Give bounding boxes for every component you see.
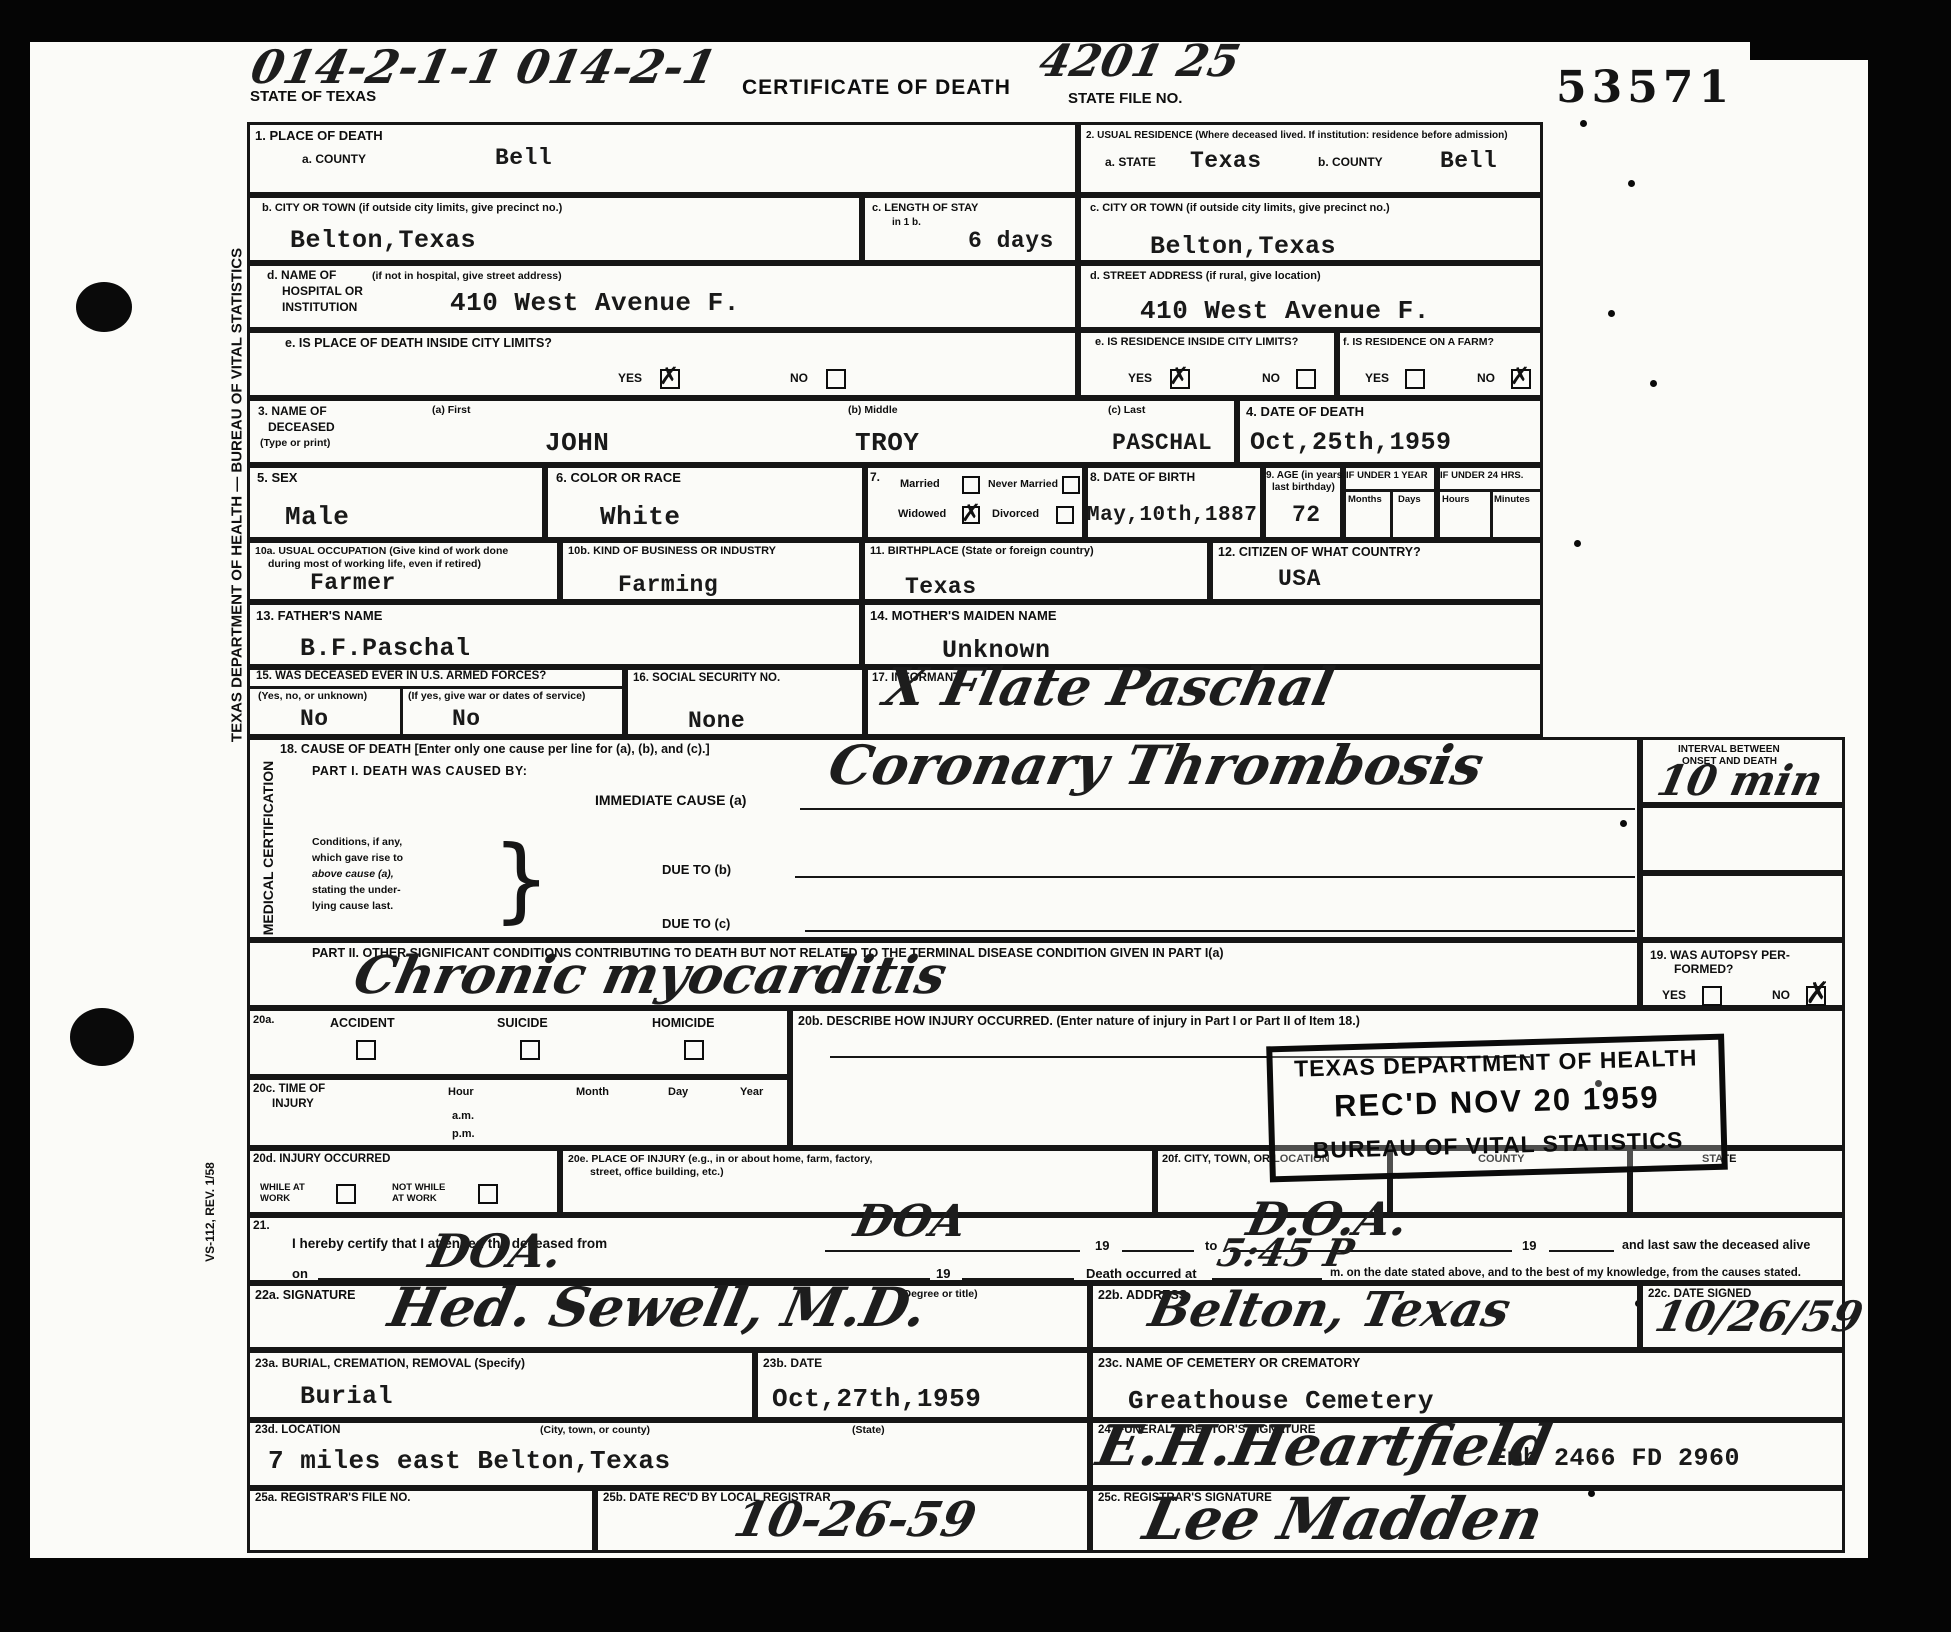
- scan-noise: [1580, 120, 1587, 127]
- widowed-checkbox: ✗: [962, 506, 980, 524]
- box-20c-time-of-injury: [247, 1077, 790, 1148]
- time-of-injury-label-1: 20c. TIME OF: [253, 1083, 325, 1095]
- injury-occurred-label: 20d. INJURY OCCURRED: [253, 1153, 390, 1165]
- year-19-label: 19: [1095, 1238, 1109, 1253]
- under-1-year-label: IF UNDER 1 YEAR: [1346, 470, 1428, 481]
- occupation-label-2: during most of working life, even if ret…: [268, 558, 481, 570]
- death-city-limits-no-checkbox: [826, 369, 846, 389]
- on-word: on: [292, 1266, 308, 1281]
- citizen-label: 12. CITIZEN OF WHAT COUNTRY?: [1218, 545, 1421, 559]
- months-label: Months: [1348, 494, 1382, 505]
- physician-signature: Hed. Sewell, M.D.: [384, 1280, 931, 1334]
- time-of-injury-label-2: INJURY: [272, 1098, 314, 1110]
- death-occurred-at-text: Death occurred at: [1086, 1266, 1197, 1281]
- describe-injury-label: 20b. DESCRIBE HOW INJURY OCCURRED. (Ente…: [798, 1014, 1360, 1028]
- burial-date-label: 23b. DATE: [763, 1356, 822, 1370]
- residence-city-label: c. CITY OR TOWN (if outside city limits,…: [1090, 202, 1390, 214]
- widowed-label: Widowed: [898, 508, 946, 520]
- not-while-at-work-label-2: AT WORK: [392, 1193, 437, 1204]
- box-interval-b: [1640, 805, 1845, 873]
- age-value: 72: [1292, 502, 1321, 528]
- burial-label: 23a. BURIAL, CREMATION, REMOVAL (Specify…: [255, 1356, 525, 1370]
- conditions-note-1: Conditions, if any,: [312, 836, 402, 848]
- hospital-label-2: (if not in hospital, give street address…: [372, 270, 562, 282]
- hours-label: Hours: [1442, 494, 1469, 505]
- immediate-cause-value: Coronary Thrombosis: [824, 738, 1488, 792]
- grid-line: [1490, 489, 1493, 540]
- location-sub2-label: (State): [852, 1424, 885, 1436]
- street-address-value: 410 West Avenue F.: [1140, 296, 1430, 326]
- name-of-deceased-label-3: (Type or print): [260, 437, 330, 449]
- father-name-value: B.F.Paschal: [300, 634, 471, 663]
- residence-county-value: Bell: [1440, 148, 1497, 174]
- race-label: 6. COLOR OR RACE: [556, 470, 681, 485]
- check-mark: ✗: [1510, 362, 1530, 390]
- cemetery-value: Greathouse Cemetery: [1128, 1386, 1434, 1416]
- certification-number-label: 21.: [253, 1218, 270, 1232]
- industry-label: 10b. KIND OF BUSINESS OR INDUSTRY: [568, 545, 776, 557]
- date-of-death-label: 4. DATE OF DEATH: [1246, 404, 1364, 419]
- handwritten-file-codes: 014-2-1-1 014-2-1: [247, 44, 720, 90]
- middle-name-value: TROY: [855, 428, 919, 458]
- accident-label: ACCIDENT: [330, 1016, 395, 1030]
- accident-checkbox: [356, 1040, 376, 1060]
- pm-label: p.m.: [452, 1128, 475, 1140]
- conditions-note-5: lying cause last.: [312, 900, 393, 912]
- year-blank-line: [1549, 1250, 1614, 1252]
- grid-line: [400, 686, 403, 737]
- residence-county-label: b. COUNTY: [1318, 155, 1383, 169]
- location-value: 7 miles east Belton,Texas: [268, 1446, 671, 1476]
- informant-signature: X Flate Paschal: [879, 662, 1338, 714]
- hospital-label-3: HOSPITAL OR: [282, 284, 363, 298]
- last-name-label: (c) Last: [1108, 404, 1145, 416]
- first-name-label: (a) First: [432, 404, 471, 416]
- due-to-b-line: [795, 876, 1635, 878]
- death-city-limits-label: e. IS PLACE OF DEATH INSIDE CITY LIMITS?: [285, 336, 552, 350]
- occupation-value: Farmer: [310, 570, 396, 596]
- middle-name-label: (b) Middle: [848, 404, 898, 416]
- hour-label: Hour: [448, 1086, 474, 1098]
- month-label: Month: [576, 1086, 609, 1098]
- yes-label: YES: [1365, 371, 1389, 385]
- marital-label: 7.: [870, 470, 880, 484]
- conditions-note-4: stating the under-: [312, 884, 401, 896]
- citizen-value: USA: [1278, 566, 1321, 592]
- date-of-birth-value: May,10th,1887: [1087, 504, 1257, 527]
- death-city-limits-yes-checkbox: ✗: [660, 369, 680, 389]
- no-label: NO: [1262, 371, 1280, 385]
- conditions-note-3: above cause (a),: [312, 868, 394, 880]
- stamp-line-1: TEXAS DEPARTMENT OF HEALTH: [1272, 1044, 1719, 1083]
- ssn-value: None: [688, 708, 745, 734]
- immediate-cause-label: IMMEDIATE CAUSE (a): [595, 792, 746, 808]
- date-of-birth-label: 8. DATE OF BIRTH: [1090, 470, 1195, 484]
- burial-value: Burial: [300, 1382, 393, 1411]
- while-at-work-checkbox: [336, 1184, 356, 1204]
- due-to-c-line: [805, 930, 1635, 932]
- days-label: Days: [1398, 494, 1421, 505]
- year-label: Year: [740, 1086, 763, 1098]
- birthplace-value: Texas: [905, 574, 977, 600]
- scan-blob-top-right: [1750, 0, 1951, 60]
- punch-hole-bottom: [70, 1008, 134, 1066]
- registrar-signature: Lee Madden: [1139, 1490, 1548, 1548]
- suicide-label: SUICIDE: [497, 1016, 548, 1030]
- scan-edge-right: [1868, 0, 1951, 1632]
- residence-city-limits-no-checkbox: [1296, 369, 1316, 389]
- married-label: Married: [900, 478, 940, 490]
- year-blank-line: [962, 1278, 1074, 1280]
- part2-value: Chronic myocarditis: [349, 950, 950, 1002]
- from-blank-line: [825, 1250, 1080, 1252]
- stamp-line-2: REC'D NOV 20 1959: [1273, 1078, 1720, 1126]
- time-blank-line: [1212, 1278, 1322, 1280]
- residence-city-limits-label: e. IS RESIDENCE INSIDE CITY LIMITS?: [1095, 336, 1298, 348]
- armed-forces-label: 15. WAS DECEASED EVER IN U.S. ARMED FORC…: [256, 670, 546, 682]
- signature-label: 22a. SIGNATURE: [255, 1288, 356, 1302]
- residence-state-value: Texas: [1190, 148, 1262, 174]
- date-signed-value: 10/26/59: [1652, 1296, 1867, 1338]
- minutes-label: Minutes: [1494, 494, 1530, 505]
- part1-label: PART I. DEATH WAS CAUSED BY:: [312, 764, 527, 778]
- yes-label: YES: [1128, 371, 1152, 385]
- stamp-line-3: BUREAU OF VITAL STATISTICS: [1275, 1126, 1722, 1165]
- length-of-stay-value: 6 days: [968, 228, 1054, 254]
- bureau-vertical-label: TEXAS DEPARTMENT OF HEALTH — BUREAU OF V…: [229, 248, 246, 742]
- age-label-2: last birthday): [1272, 482, 1335, 493]
- cemetery-label: 23c. NAME OF CEMETERY OR CREMATORY: [1098, 1356, 1360, 1370]
- no-label: NO: [1477, 371, 1495, 385]
- cause-of-death-title: 18. CAUSE OF DEATH [Enter only one cause…: [280, 742, 710, 756]
- registrar-file-no-label: 25a. REGISTRAR'S FILE NO.: [255, 1492, 410, 1504]
- divorced-checkbox: [1056, 506, 1074, 524]
- funeral-director-signature: E.H.Heartfield: [1092, 1418, 1555, 1474]
- yes-label: YES: [1662, 988, 1686, 1002]
- autopsy-label-1: 19. WAS AUTOPSY PER-: [1650, 948, 1790, 962]
- never-married-label: Never Married: [988, 478, 1058, 490]
- due-to-c-label: DUE TO (c): [662, 916, 730, 931]
- last-seen-on-value: DOA.: [425, 1228, 566, 1274]
- state-file-no-label: STATE FILE NO.: [1068, 90, 1182, 107]
- hospital-value: 410 West Avenue F.: [450, 288, 740, 318]
- punch-hole-top: [76, 282, 132, 332]
- under-24-hrs-label: IF UNDER 24 HRS.: [1440, 470, 1523, 481]
- due-to-b-label: DUE TO (b): [662, 862, 731, 877]
- while-at-work-label-2: WORK: [260, 1193, 290, 1204]
- place-of-injury-label-2: street, office building, etc.): [590, 1166, 724, 1178]
- mother-maiden-label: 14. MOTHER'S MAIDEN NAME: [870, 608, 1057, 623]
- homicide-label: HOMICIDE: [652, 1016, 715, 1030]
- scan-edge-top: [0, 0, 1951, 42]
- certificate-title: CERTIFICATE OF DEATH: [742, 76, 1011, 100]
- birthplace-label: 11. BIRTHPLACE (State or foreign country…: [870, 545, 1094, 557]
- scanned-death-certificate: TEXAS DEPARTMENT OF HEALTH — BUREAU OF V…: [0, 0, 1951, 1632]
- length-of-stay-label: c. LENGTH OF STAY: [872, 202, 978, 214]
- armed-forces-value-2: No: [452, 706, 481, 732]
- box-3-name: [247, 398, 1237, 465]
- name-of-deceased-label-2: DECEASED: [268, 420, 335, 434]
- occupation-label-1: 10a. USUAL OCCUPATION (Give kind of work…: [255, 545, 508, 557]
- age-label-1: 9. AGE (in years: [1266, 470, 1342, 481]
- race-value: White: [600, 502, 681, 532]
- while-at-work-label-1: WHILE AT: [260, 1182, 305, 1193]
- am-label: a.m.: [452, 1110, 474, 1122]
- autopsy-label-2: FORMED?: [1674, 962, 1733, 976]
- father-name-label: 13. FATHER'S NAME: [256, 608, 382, 623]
- box-interval-c: [1640, 873, 1845, 940]
- certify-tail-text: m. on the date stated above, and to the …: [1330, 1267, 1801, 1279]
- ssn-label: 16. SOCIAL SECURITY NO.: [633, 672, 780, 684]
- location-label: 23d. LOCATION: [255, 1424, 340, 1436]
- check-mark: ✗: [961, 499, 981, 527]
- no-label: NO: [1772, 988, 1790, 1002]
- to-word: to: [1205, 1238, 1217, 1253]
- armed-forces-sub1: (Yes, no, or unknown): [258, 690, 367, 702]
- physician-address: Belton, Texas: [1145, 1286, 1515, 1334]
- hospital-label-4: INSTITUTION: [282, 300, 357, 314]
- first-name-value: JOHN: [545, 428, 609, 458]
- injury-20a-label: 20a.: [253, 1014, 274, 1026]
- yes-label: YES: [618, 371, 642, 385]
- never-married-checkbox: [1062, 476, 1080, 494]
- autopsy-yes-checkbox: [1702, 986, 1722, 1006]
- received-stamp: TEXAS DEPARTMENT OF HEALTH REC'D NOV 20 …: [1266, 1034, 1728, 1183]
- year-19-label: 19: [936, 1266, 950, 1281]
- scan-edge-bottom: [0, 1558, 1951, 1632]
- attended-from-value: DOA: [850, 1200, 970, 1244]
- certificate-number: 53571: [1556, 62, 1734, 113]
- street-address-label: d. STREET ADDRESS (if rural, give locati…: [1090, 270, 1321, 282]
- last-saw-alive-text: and last saw the deceased alive: [1622, 1238, 1810, 1252]
- place-of-death-title: 1. PLACE OF DEATH: [255, 128, 383, 143]
- length-of-stay-sub: in 1 b.: [892, 217, 921, 228]
- usual-residence-title: 2. USUAL RESIDENCE (Where deceased lived…: [1086, 130, 1508, 141]
- residence-farm-no-checkbox: ✗: [1511, 369, 1531, 389]
- hospital-label-1: d. NAME OF: [267, 268, 336, 282]
- residence-city-value: Belton,Texas: [1150, 232, 1336, 261]
- date-of-death-value: Oct,25th,1959: [1250, 428, 1452, 457]
- interval-value: 10 min: [1654, 760, 1827, 802]
- scan-edge-left: [0, 0, 30, 1632]
- autopsy-no-checkbox: ✗: [1806, 986, 1826, 1006]
- not-while-at-work-checkbox: [478, 1184, 498, 1204]
- county-label: a. COUNTY: [302, 152, 366, 166]
- city-or-town-label: b. CITY OR TOWN (if outside city limits,…: [262, 202, 562, 214]
- grid-line: [1343, 489, 1543, 492]
- not-while-at-work-label-1: NOT WHILE: [392, 1182, 445, 1193]
- armed-forces-value-1: No: [300, 706, 329, 732]
- year-19-label: 19: [1522, 1238, 1536, 1253]
- place-of-injury-label-1: 20e. PLACE OF INJURY (e.g., in or about …: [568, 1153, 872, 1165]
- last-name-value: PASCHAL: [1112, 430, 1212, 456]
- time-of-death-value: 5:45 P: [1214, 1234, 1357, 1272]
- day-label: Day: [668, 1086, 688, 1098]
- conditions-note-2: which gave rise to: [312, 852, 403, 864]
- county-value: Bell: [495, 145, 552, 171]
- industry-value: Farming: [618, 572, 718, 598]
- location-sub1-label: (City, town, or county): [540, 1424, 650, 1436]
- armed-forces-sub2: (If yes, give war or dates of service): [408, 690, 585, 702]
- sex-label: 5. SEX: [257, 470, 297, 485]
- year-blank-line: [1122, 1250, 1194, 1252]
- married-checkbox: [962, 476, 980, 494]
- homicide-checkbox: [684, 1040, 704, 1060]
- suicide-checkbox: [520, 1040, 540, 1060]
- name-of-deceased-label-1: 3. NAME OF: [258, 404, 327, 418]
- residence-city-limits-yes-checkbox: ✗: [1170, 369, 1190, 389]
- residence-farm-yes-checkbox: [1405, 369, 1425, 389]
- conditions-brace: }: [492, 826, 551, 933]
- handwritten-file-number: 4201 25: [1035, 40, 1243, 84]
- check-mark: ✗: [659, 362, 679, 390]
- residence-farm-label: f. IS RESIDENCE ON A FARM?: [1343, 336, 1494, 348]
- date-recd-value: 10-26-59: [730, 1496, 980, 1544]
- divorced-label: Divorced: [992, 508, 1039, 520]
- interval-label-1: INTERVAL BETWEEN: [1678, 744, 1780, 755]
- grid-line: [1390, 489, 1393, 540]
- burial-date-value: Oct,27th,1959: [772, 1384, 981, 1414]
- no-label: NO: [790, 371, 808, 385]
- sex-value: Male: [285, 502, 349, 532]
- residence-state-label: a. STATE: [1105, 155, 1156, 169]
- grid-line: [247, 686, 625, 689]
- immediate-cause-line: [800, 808, 1635, 810]
- form-code-vertical-label: VS-112, REV. 1/58: [203, 1162, 217, 1262]
- city-value: Belton,Texas: [290, 226, 476, 255]
- check-mark: ✗: [1805, 976, 1830, 1011]
- check-mark: ✗: [1169, 362, 1189, 390]
